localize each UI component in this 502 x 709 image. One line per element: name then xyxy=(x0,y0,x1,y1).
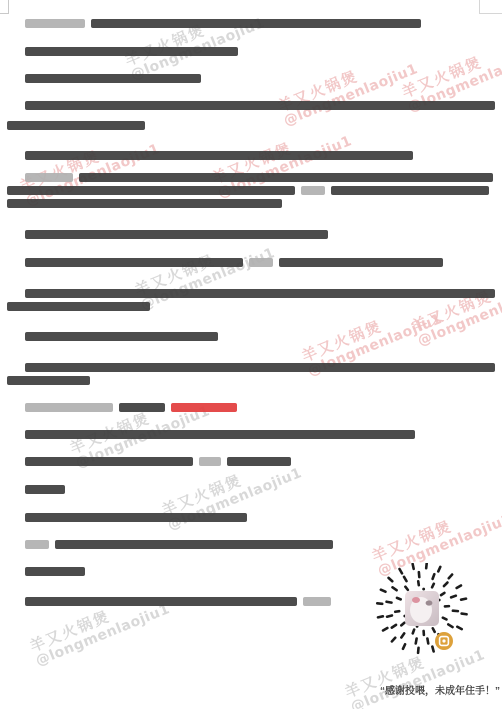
redacted-segment-stage xyxy=(25,173,73,182)
redacted-segment-text xyxy=(25,567,85,576)
redacted-text-line xyxy=(25,513,247,522)
redacted-text-line xyxy=(25,230,328,239)
redacted-segment-text xyxy=(119,403,165,412)
redacted-text-line xyxy=(25,403,237,412)
redacted-text-line xyxy=(25,173,493,182)
redacted-segment-text xyxy=(25,258,243,267)
redacted-segment-text xyxy=(25,289,495,298)
redacted-text-line xyxy=(25,430,415,439)
redacted-segment-text xyxy=(25,332,218,341)
redacted-segment-text xyxy=(7,199,282,208)
redacted-segment-text xyxy=(25,230,328,239)
qr-center-photo xyxy=(405,591,439,626)
redacted-text-line xyxy=(25,289,495,298)
qr-caption: “感谢投喂，未成年住手！” xyxy=(373,682,500,697)
redacted-text-line xyxy=(7,199,282,208)
redacted-segment-stage xyxy=(25,540,49,549)
redacted-segment-text xyxy=(7,186,295,195)
redacted-segment-stage xyxy=(25,403,113,412)
redacted-text-line xyxy=(25,74,201,83)
redacted-text-line xyxy=(25,19,421,28)
redacted-text-line xyxy=(25,47,238,56)
redacted-segment-text xyxy=(7,121,145,130)
redacted-segment-text xyxy=(55,540,333,549)
redacted-segment-text xyxy=(25,363,495,372)
redacted-segment-text xyxy=(7,376,90,385)
redacted-text-line xyxy=(25,258,443,267)
redacted-segment-text xyxy=(331,186,489,195)
redacted-text-line xyxy=(25,151,413,160)
redacted-text-line xyxy=(25,457,291,466)
redacted-segment-text xyxy=(279,258,443,267)
redacted-text-line xyxy=(7,121,145,130)
redacted-segment-text xyxy=(79,173,493,182)
redacted-segment-text xyxy=(25,597,297,606)
redacted-segment-text xyxy=(25,151,413,160)
redacted-text-line xyxy=(7,376,90,385)
redacted-text-line xyxy=(25,597,331,606)
tip-badge-icon xyxy=(435,632,453,650)
redacted-segment-text xyxy=(25,74,201,83)
redacted-segment-stage xyxy=(303,597,331,606)
redacted-segment-text xyxy=(25,101,495,110)
tip-qr-block: “感谢投喂，未成年住手！” xyxy=(373,563,500,699)
redacted-segment-text xyxy=(25,457,193,466)
redacted-segment-stage xyxy=(301,186,325,195)
redacted-text-line xyxy=(25,363,495,372)
redacted-segment-text xyxy=(25,485,65,494)
redacted-text-line xyxy=(25,485,65,494)
redacted-text-line xyxy=(25,567,85,576)
wechat-tip-qr-code xyxy=(373,563,471,659)
redacted-text-line xyxy=(25,101,495,110)
redacted-segment-text xyxy=(25,513,247,522)
redacted-text-line xyxy=(25,332,218,341)
redacted-segment-stage xyxy=(25,19,85,28)
redacted-segment-stage xyxy=(249,258,273,267)
redacted-segment-text xyxy=(227,457,291,466)
redacted-segment-stage xyxy=(199,457,221,466)
document-page: 羊又火锅煲@longmenlaojiu1羊又火锅煲@longmenlaojiu1… xyxy=(0,0,502,709)
redacted-segment-text xyxy=(7,302,150,311)
redacted-text-line xyxy=(7,302,150,311)
redacted-segment-red xyxy=(171,403,237,412)
redacted-segment-text xyxy=(91,19,421,28)
redacted-text-line xyxy=(7,186,489,195)
redacted-segment-text xyxy=(25,47,238,56)
redacted-segment-text xyxy=(25,430,415,439)
redacted-text-line xyxy=(25,540,333,549)
